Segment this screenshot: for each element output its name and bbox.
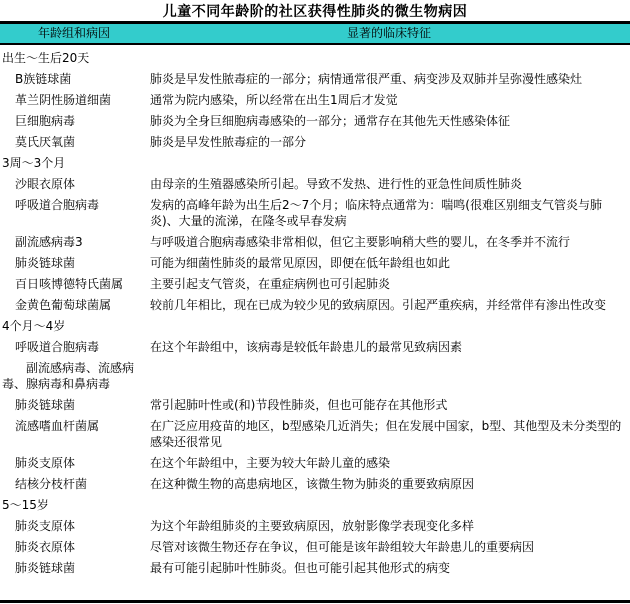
table-header-row: 年龄组和病因 显著的临床特征 <box>0 21 630 45</box>
clinical-feature: 最有可能引起肺叶性肺炎。但也可能引起其他形式的病变 <box>150 560 630 576</box>
table-title: 儿童不同年龄阶的社区获得性肺炎的微生物病因 <box>0 0 630 21</box>
pathogen-name: 肺炎链球菌 <box>0 255 150 271</box>
table-row: 肺炎支原体 为这个年龄组肺炎的主要致病原因，放射影像学表现变化多样 <box>0 513 630 534</box>
pathogen-name: 流感嗜血杆菌属 <box>0 418 150 450</box>
table-row: 巨细胞病毒 肺炎为全身巨细胞病毒感染的一部分；通常存在其他先天性感染体征 <box>0 108 630 129</box>
table-row: 肺炎衣原体 尽管对该微生物还存在争议，但可能是该年龄组较大年龄患儿的重要病因 <box>0 534 630 555</box>
table-row: 沙眼衣原体 由母亲的生殖器感染所引起。导致不发热、进行性的亚急性间质性肺炎 <box>0 171 630 192</box>
table-row: 肺炎支原体 在这个年龄组中，主要为较大年龄儿童的感染 <box>0 450 630 471</box>
pathogen-name: 莫氏厌氧菌 <box>0 134 150 150</box>
table-row: 副流感病毒、流感病毒、腺病毒和鼻病毒 <box>0 355 630 392</box>
table-row: 金黄色葡萄球菌属 较前几年相比，现在已成为较少见的致病原因。引起严重疾病，并经常… <box>0 292 630 313</box>
table-row: B族链球菌 肺炎是早发性脓毒症的一部分；病情通常很严重、病变涉及双肺并呈弥漫性感… <box>0 66 630 87</box>
clinical-feature: 在这个年龄组中，主要为较大年龄儿童的感染 <box>150 455 630 471</box>
table-row: 肺炎链球菌 最有可能引起肺叶性肺炎。但也可能引起其他形式的病变 <box>0 555 630 576</box>
clinical-feature: 在这个年龄组中，该病毒是较低年龄患儿的最常见致病因素 <box>150 339 630 355</box>
clinical-feature: 主要引起支气管炎，在重症病例也可引起肺炎 <box>150 276 630 292</box>
table-row: 呼吸道合胞病毒 在这个年龄组中，该病毒是较低年龄患儿的最常见致病因素 <box>0 334 630 355</box>
clinical-feature: 在广泛应用疫苗的地区，b型感染几近消失；但在发展中国家，b型、其他型及未分类型的… <box>150 418 630 450</box>
clinical-feature: 较前几年相比，现在已成为较少见的致病原因。引起严重疾病，并经常伴有渗出性改变 <box>150 297 630 313</box>
clinical-feature: 由母亲的生殖器感染所引起。导致不发热、进行性的亚急性间质性肺炎 <box>150 176 630 192</box>
clinical-feature: 与呼吸道合胞病毒感染非常相似，但它主要影响稍大些的婴儿，在冬季并不流行 <box>150 234 630 250</box>
table-row: 百日咳博德特氏菌属 主要引起支气管炎，在重症病例也可引起肺炎 <box>0 271 630 292</box>
pathogen-name: 金黄色葡萄球菌属 <box>0 297 150 313</box>
pathogen-name: 呼吸道合胞病毒 <box>0 197 150 229</box>
pathogen-name: 革兰阴性肠道细菌 <box>0 92 150 108</box>
pathogen-name: 巨细胞病毒 <box>0 113 150 129</box>
pathogen-name: 肺炎衣原体 <box>0 539 150 555</box>
clinical-feature: 在这种微生物的高患病地区，该微生物为肺炎的重要致病原因 <box>150 476 630 492</box>
pathogen-name: 结核分枝杆菌 <box>0 476 150 492</box>
table-row: 肺炎链球菌 可能为细菌性肺炎的最常见原因，即便在低年龄组也如此 <box>0 250 630 271</box>
pathogen-name: 副流感病毒3 <box>0 234 150 250</box>
age-group-row: 出生～生后20天 <box>0 45 630 66</box>
age-group-row: 4个月～4岁 <box>0 313 630 334</box>
clinical-feature: 肺炎是早发性脓毒症的一部分；病情通常很严重、病变涉及双肺并呈弥漫性感染灶 <box>150 71 630 87</box>
clinical-feature <box>150 360 630 392</box>
table-row: 副流感病毒3 与呼吸道合胞病毒感染非常相似，但它主要影响稍大些的婴儿，在冬季并不… <box>0 229 630 250</box>
table-row: 结核分枝杆菌 在这种微生物的高患病地区，该微生物为肺炎的重要致病原因 <box>0 471 630 492</box>
clinical-feature: 肺炎为全身巨细胞病毒感染的一部分；通常存在其他先天性感染体征 <box>150 113 630 129</box>
table-row: 革兰阴性肠道细菌 通常为院内感染，所以经常在出生1周后才发觉 <box>0 87 630 108</box>
clinical-feature: 发病的高峰年龄为出生后2～7个月；临床特点通常为：喘鸣(很难区别细支气管炎与肺炎… <box>150 197 630 229</box>
clinical-feature: 为这个年龄组肺炎的主要致病原因，放射影像学表现变化多样 <box>150 518 630 534</box>
pathogen-name: 肺炎链球菌 <box>0 397 150 413</box>
pathogen-name: 副流感病毒、流感病毒、腺病毒和鼻病毒 <box>0 360 150 392</box>
pathogen-name: 肺炎支原体 <box>0 455 150 471</box>
table-bottom-border <box>0 600 630 603</box>
clinical-feature: 通常为院内感染，所以经常在出生1周后才发觉 <box>150 92 630 108</box>
pathogen-name: 呼吸道合胞病毒 <box>0 339 150 355</box>
table-body: 出生～生后20天 B族链球菌 肺炎是早发性脓毒症的一部分；病情通常很严重、病变涉… <box>0 45 630 576</box>
pathogen-name: 百日咳博德特氏菌属 <box>0 276 150 292</box>
pathogen-name: 沙眼衣原体 <box>0 176 150 192</box>
clinical-feature: 可能为细菌性肺炎的最常见原因，即便在低年龄组也如此 <box>150 255 630 271</box>
pneumonia-etiology-table-page: 儿童不同年龄阶的社区获得性肺炎的微生物病因 年龄组和病因 显著的临床特征 出生～… <box>0 0 630 604</box>
age-group-row: 5～15岁 <box>0 492 630 513</box>
clinical-feature: 肺炎是早发性脓毒症的一部分 <box>150 134 630 150</box>
pathogen-name: B族链球菌 <box>0 71 150 87</box>
clinical-feature: 尽管对该微生物还存在争议，但可能是该年龄组较大年龄患儿的重要病因 <box>150 539 630 555</box>
clinical-feature: 常引起肺叶性或(和)节段性肺炎，但也可能存在其他形式 <box>150 397 630 413</box>
header-clinical-features: 显著的临床特征 <box>148 24 630 43</box>
header-age-group-and-cause: 年龄组和病因 <box>0 24 148 43</box>
pathogen-name: 肺炎支原体 <box>0 518 150 534</box>
age-group-row: 3周～3个月 <box>0 150 630 171</box>
pathogen-name: 肺炎链球菌 <box>0 560 150 576</box>
table-row: 呼吸道合胞病毒 发病的高峰年龄为出生后2～7个月；临床特点通常为：喘鸣(很难区别… <box>0 192 630 229</box>
table-row: 肺炎链球菌 常引起肺叶性或(和)节段性肺炎，但也可能存在其他形式 <box>0 392 630 413</box>
table-row: 莫氏厌氧菌 肺炎是早发性脓毒症的一部分 <box>0 129 630 150</box>
table-row: 流感嗜血杆菌属 在广泛应用疫苗的地区，b型感染几近消失；但在发展中国家，b型、其… <box>0 413 630 450</box>
